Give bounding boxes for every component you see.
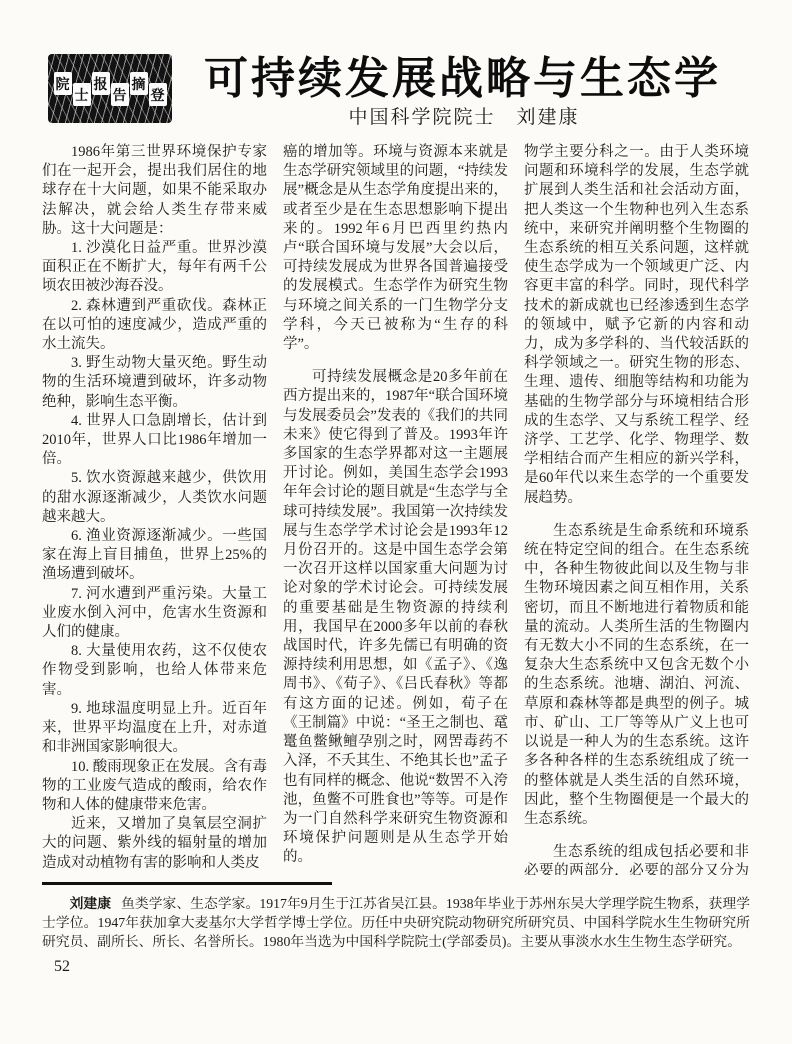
- seal-academician-report-badge: 院 士 报 告 摘 登: [48, 54, 172, 123]
- seal-char: 告: [111, 83, 129, 106]
- text-column-1: 1986年第三世界环境保护专家们在一起开会，提出我们居住的地球存在十大问题，如果…: [42, 143, 267, 875]
- paragraph-continuation: 物学主要分科之一。由于人类环境问题和环境科学的发展，生态学就扩展到人类生活和社会…: [524, 143, 749, 508]
- article-body: 1986年第三世界环境保护专家们在一起开会，提出我们居住的地球存在十大问题，如果…: [42, 143, 750, 875]
- seal-char: 登: [149, 83, 167, 106]
- paragraph: 生态系统是生命系统和环境系统在特定空间的组合。在生态系统中，各种生物彼此间以及生…: [524, 522, 749, 829]
- page-number: 52: [54, 958, 70, 976]
- article-byline: 中国科学院院士 刘建康: [204, 102, 724, 129]
- seal-char: 报: [92, 72, 110, 95]
- list-item: 10. 酸雨现象正在发展。含有毒物的工业废气造成的酸雨，给农作物和人体的健康带来…: [42, 758, 267, 816]
- author-bio-text: 鱼类学家、生态学家。1917年9月生于江苏省吴江县。1938年毕业于苏州东吴大学…: [42, 896, 750, 949]
- seal-char: 院: [54, 72, 72, 95]
- author-name: 刘建康: [70, 896, 111, 911]
- list-item: 9. 地球温度明显上升。近百年来，世界平均温度在上升，对赤道和非洲国家影响很大。: [42, 700, 267, 758]
- list-item: 1. 沙漠化日益严重。世界沙漠面积正在不断扩大，每年有两千公顷农田被沙海吞没。: [42, 239, 267, 297]
- article-title: 可持续发展战略与生态学: [204, 42, 721, 106]
- list-item: 6. 渔业资源逐渐减少。一些国家在海上盲目捕鱼，世界上25%的渔场遭到破坏。: [42, 527, 267, 585]
- paragraph-continuation: 癌的增加等。环境与资源本来就是生态学研究领域里的问题，“持续发展”概念是从生态学…: [283, 143, 508, 354]
- author-bio: 刘建康鱼类学家、生态学家。1917年9月生于江苏省吴江县。1938年毕业于苏州东…: [42, 894, 750, 951]
- list-item: 7. 河水遭到严重污染。大量工业废水倒入河中，危害水生资源和人们的健康。: [42, 585, 267, 643]
- seal-char: 士: [73, 83, 91, 106]
- list-item: 2. 森林遭到严重砍伐。森林正在以可怕的速度减少，造成严重的水土流失。: [42, 297, 267, 355]
- list-item: 8. 大量使用农药，这不仅使农作物受到影响，也给人体带来危害。: [42, 642, 267, 700]
- text-column-3: 物学主要分科之一。由于人类环境问题和环境科学的发展，生态学就扩展到人类生活和社会…: [524, 143, 749, 875]
- paragraph: 1986年第三世界环境保护专家们在一起开会，提出我们居住的地球存在十大问题，如果…: [42, 143, 267, 239]
- paragraph: 近来，又增加了臭氧层空洞扩大的问题、紫外线的辐射量的增加造成对动植物有害的影响和…: [42, 815, 267, 873]
- list-item: 4. 世界人口急剧增长，估计到2010年，世界人口比1986年增加一倍。: [42, 412, 267, 470]
- paragraph: 生态系统的组成包括必要和非必要的两部分，必要的部分又分为非生物成分和生物成分两种…: [524, 843, 749, 875]
- footnote-divider: [42, 882, 332, 885]
- paragraph: 可持续发展概念是20多年前在西方提出来的，1987年“联合国环境与发展委员会”发…: [283, 368, 508, 867]
- journal-page: 院 士 报 告 摘 登 可持续发展战略与生态学 中国科学院院士 刘建康 1986…: [0, 0, 792, 1044]
- list-item: 5. 饮水资源越来越少，供饮用的甜水源逐渐减少，人类饮水问题越来越大。: [42, 469, 267, 527]
- list-item: 3. 野生动物大量灭绝。野生动物的生活环境遭到破坏，许多动物绝种，影响生态平衡。: [42, 354, 267, 412]
- seal-char: 摘: [130, 72, 148, 95]
- text-column-2: 癌的增加等。环境与资源本来就是生态学研究领域里的问题，“持续发展”概念是从生态学…: [283, 143, 508, 875]
